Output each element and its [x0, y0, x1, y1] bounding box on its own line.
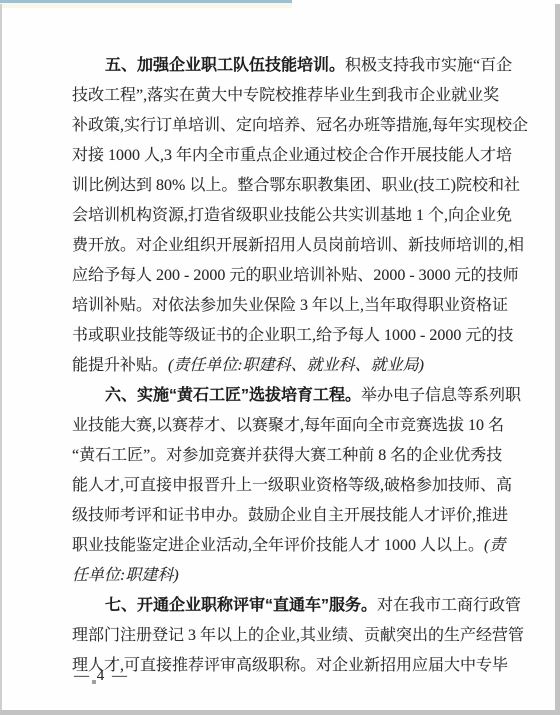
body-text: 职业技能鉴定进企业活动,全年评价技能人才 1000 人以上。 — [72, 537, 484, 554]
body-text: “黄石工匠”。对参加竞赛并获得大赛工种前 8 名的企业优秀技 — [72, 447, 502, 464]
body-text: 补政策,实行订单培训、定向培养、冠名办班等措施,每年实现校企 — [72, 117, 528, 134]
text-line: 训比例达到 80% 以上。整合鄂东职教集团、职业(技工)院校和社 — [72, 171, 492, 201]
body-text: 理人才,可直接推荐评审高级职称。对企业新招用应届大中专毕 — [72, 657, 508, 674]
body-text: 书或职业技能等级证书的企业职工,给予每人 1000 - 2000 元的技 — [72, 327, 513, 344]
body-text: 应给予每人 200 - 2000 元的职业培训补贴、2000 - 3000 元的… — [72, 267, 519, 284]
body-text: 能提升补贴。 — [72, 357, 168, 374]
text-line: 理部门注册登记 3 年以上的企业,其业绩、贡献突出的生产经营管 — [72, 621, 492, 651]
text-line: 对接 1000 人,3 年内全市重点企业通过校企合作开展技能人才培 — [72, 141, 492, 171]
text-line: 业技能大赛,以赛荐才、以赛聚才,每年面向全市竞赛选拔 10 名 — [72, 411, 492, 441]
body-text: 对在我市工商行政管 — [377, 597, 521, 614]
body-text: 技改工程”,落实在黄大中专院校推荐毕业生到我市企业就业奖 — [72, 87, 499, 104]
page-edge-left — [0, 4, 2, 710]
text-line: 级技师考评和证书申办。鼓励企业自主开展技能人才评价,推进 — [72, 501, 492, 531]
page-edge-bottom — [0, 710, 560, 715]
section-heading: 七、开通企业职称评审“直通车”服务。 — [105, 597, 377, 614]
text-line: “黄石工匠”。对参加竞赛并获得大赛工种前 8 名的企业优秀技 — [72, 441, 492, 471]
text-line: 能提升补贴。(责任单位:职建科、就业科、就业局) — [72, 351, 492, 381]
body-text: 能人才,可直接申报晋升上一级职业资格等级,破格参加技师、高 — [72, 477, 512, 494]
text-line: 书或职业技能等级证书的企业职工,给予每人 1000 - 2000 元的技 — [72, 321, 492, 351]
body-text: 积极支持我市实施“百企 — [345, 57, 512, 74]
scan-artifact-top-cream-strip — [0, 3, 292, 8]
text-line: 六、实施“黄石工匠”选拔培育工程。举办电子信息等系列职 — [72, 381, 492, 411]
responsibility-note: 任单位:职建科) — [72, 567, 179, 584]
body-text: 对接 1000 人,3 年内全市重点企业通过校企合作开展技能人才培 — [72, 147, 512, 164]
text-line: 会培训机构资源,打造省级职业技能公共实训基地 1 个,向企业免 — [72, 201, 492, 231]
body-text: 理部门注册登记 3 年以上的企业,其业绩、贡献突出的生产经营管 — [72, 627, 524, 644]
responsibility-note: (责 — [484, 537, 505, 554]
text-line: 应给予每人 200 - 2000 元的职业培训补贴、2000 - 3000 元的… — [72, 261, 492, 291]
text-line: 补政策,实行订单培训、定向培养、冠名办班等措施,每年实现校企 — [72, 111, 492, 141]
document-text: 五、加强企业职工队伍技能培训。积极支持我市实施“百企技改工程”,落实在黄大中专院… — [72, 51, 492, 681]
body-text: 费开放。对企业组织开展新招用人员岗前培训、新技师培训的,相 — [72, 237, 524, 254]
text-line: 能人才,可直接申报晋升上一级职业资格等级,破格参加技师、高 — [72, 471, 492, 501]
body-text: 训比例达到 80% 以上。整合鄂东职教集团、职业(技工)院校和社 — [72, 177, 520, 194]
page-number: — 4 — — [74, 667, 129, 685]
section-heading: 五、加强企业职工队伍技能培训。 — [105, 57, 345, 74]
body-text: 举办电子信息等系列职 — [361, 387, 521, 404]
text-line: 费开放。对企业组织开展新招用人员岗前培训、新技师培训的,相 — [72, 231, 492, 261]
text-line: 七、开通企业职称评审“直通车”服务。对在我市工商行政管 — [72, 591, 492, 621]
page-edge-right — [555, 4, 560, 715]
body-text: 培训补贴。对依法参加失业保险 3 年以上,当年取得职业资格证 — [72, 297, 508, 314]
scanned-document-page: { "page": { "page_number": "— 4 —", "bac… — [0, 0, 560, 715]
responsibility-note: (责任单位:职建科、就业科、就业局) — [168, 357, 424, 374]
body-text: 级技师考评和证书申办。鼓励企业自主开展技能人才评价,推进 — [72, 507, 508, 524]
text-line: 理人才,可直接推荐评审高级职称。对企业新招用应届大中专毕 — [72, 651, 492, 681]
body-text: 会培训机构资源,打造省级职业技能公共实训基地 1 个,向企业免 — [72, 207, 512, 224]
text-line: 职业技能鉴定进企业活动,全年评价技能人才 1000 人以上。(责 — [72, 531, 492, 561]
text-line: 技改工程”,落实在黄大中专院校推荐毕业生到我市企业就业奖 — [72, 81, 492, 111]
text-line: 培训补贴。对依法参加失业保险 3 年以上,当年取得职业资格证 — [72, 291, 492, 321]
text-line: 五、加强企业职工队伍技能培训。积极支持我市实施“百企 — [72, 51, 492, 81]
section-heading: 六、实施“黄石工匠”选拔培育工程。 — [105, 387, 361, 404]
body-text: 业技能大赛,以赛荐才、以赛聚才,每年面向全市竞赛选拔 10 名 — [72, 417, 504, 434]
text-line: 任单位:职建科) — [72, 561, 492, 591]
